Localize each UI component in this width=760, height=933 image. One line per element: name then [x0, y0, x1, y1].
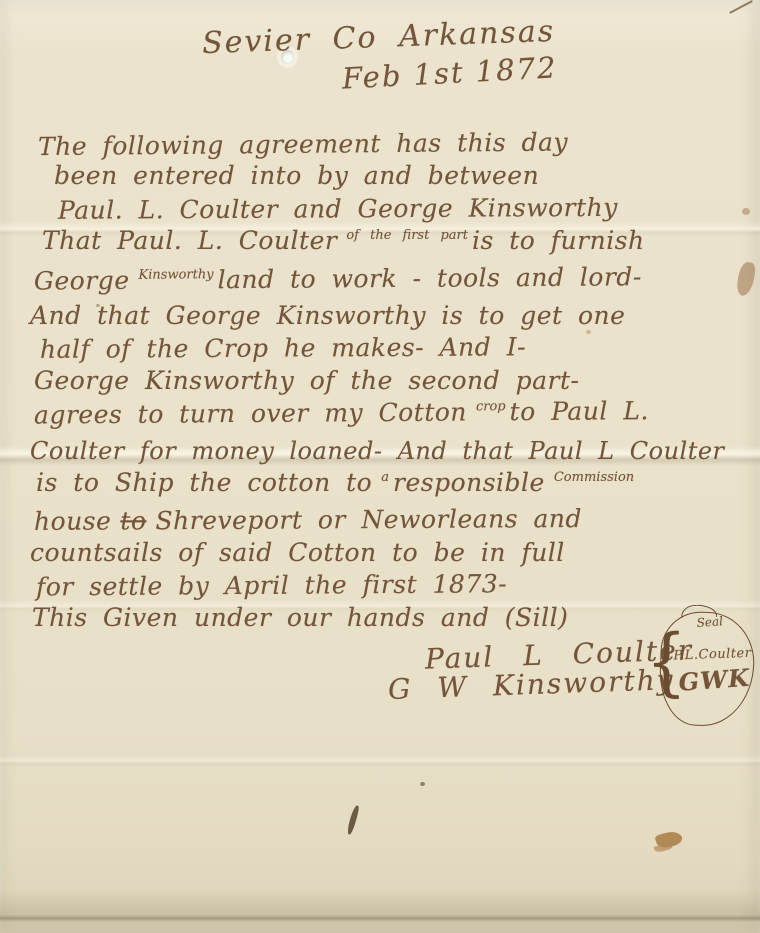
ink-speck [420, 782, 425, 786]
text-segment: And that George Kinsworthy is to get one [30, 301, 625, 330]
seal-name-small: P.L.Coulter [673, 646, 751, 664]
text-segment: is to Ship the cotton to [36, 468, 372, 497]
handwritten-line: And that George Kinsworthy is to get one [30, 300, 742, 332]
handwritten-line: This Given under our hands and (Sill) [32, 602, 742, 634]
handwritten-line: That Paul. L. Coulterof the first partis… [42, 225, 742, 262]
struck-word: to [120, 507, 146, 536]
text-segment: agrees to turn over my Cotton [34, 398, 467, 430]
text-segment: George [34, 265, 130, 295]
handwritten-line: half of the Crop he makes- And I- [40, 331, 742, 367]
corner-pen-stroke [729, 0, 753, 14]
handwritten-line: been entered into by and between [54, 160, 742, 192]
paper-sheet: Sevier Co Arkansas Feb 1st 1872 The foll… [0, 0, 760, 933]
heading-date: Feb 1st 1872 [341, 50, 558, 95]
handwritten-line: George Kinsworthy of the second part- [34, 365, 742, 397]
interlined-insert: of the first part [346, 220, 468, 252]
handwritten-line: agrees to turn over my Cottoncropto Paul… [34, 395, 742, 437]
text-segment: house [34, 507, 112, 536]
text-segment: responsible [393, 468, 545, 497]
handwritten-line: The following agreement has this day [38, 125, 742, 164]
text-segment: been entered into by and between [54, 161, 539, 190]
text-segment: That Paul. L. Coulter [42, 226, 337, 255]
seal-word: Seal [696, 614, 723, 630]
handwritten-line: countsails of said Cotton to be in full [30, 537, 742, 569]
hand-drawn-seal: Seal P.L.Coulter GWK [658, 610, 756, 727]
text-segment: is to furnish [472, 226, 645, 255]
text-segment: This Given under our hands and (Sill) [32, 603, 568, 632]
text-segment: half of the Crop he makes- And I- [40, 333, 526, 365]
text-segment: to Paul L. [510, 396, 649, 426]
handwritten-line: GeorgeKinsworthyland to work - tools and… [34, 260, 742, 302]
handwritten-line: for settle by April the first 1873- [36, 567, 742, 604]
handwritten-line: is to Ship the cotton toaresponsibleComm… [36, 467, 742, 504]
scanned-document-page: { "heading": { "place": "Sevier Co Arkan… [0, 0, 760, 933]
interlined-insert: Kinsworthy [138, 259, 213, 292]
handwritten-line: housetoShreveport or Neworleans and [34, 503, 742, 539]
bottom-edge-shadow [0, 890, 760, 933]
brown-stain [654, 828, 683, 850]
interlined-insert: Commission [554, 462, 634, 494]
seal-monogram: GWK [678, 663, 751, 697]
text-segment: Shreveport or Neworleans and [155, 504, 582, 535]
document-body: The following agreement has this daybeen… [30, 128, 742, 634]
text-segment: The following agreement has this day [38, 127, 568, 161]
text-segment: countsails of said Cotton to be in full [30, 538, 565, 567]
fold-crease [0, 755, 760, 767]
interlined-insert: a [381, 462, 389, 494]
text-segment: Coulter for money loaned- And that Paul … [30, 437, 725, 465]
interlined-insert: crop [476, 391, 506, 424]
text-segment: for settle by April the first 1873- [36, 569, 507, 601]
ink-stain [346, 805, 360, 835]
edge-speck [742, 208, 750, 215]
text-segment: land to work - tools and lord- [217, 262, 641, 294]
text-segment: Paul. L. Coulter and George Kinsworthy [58, 193, 618, 225]
